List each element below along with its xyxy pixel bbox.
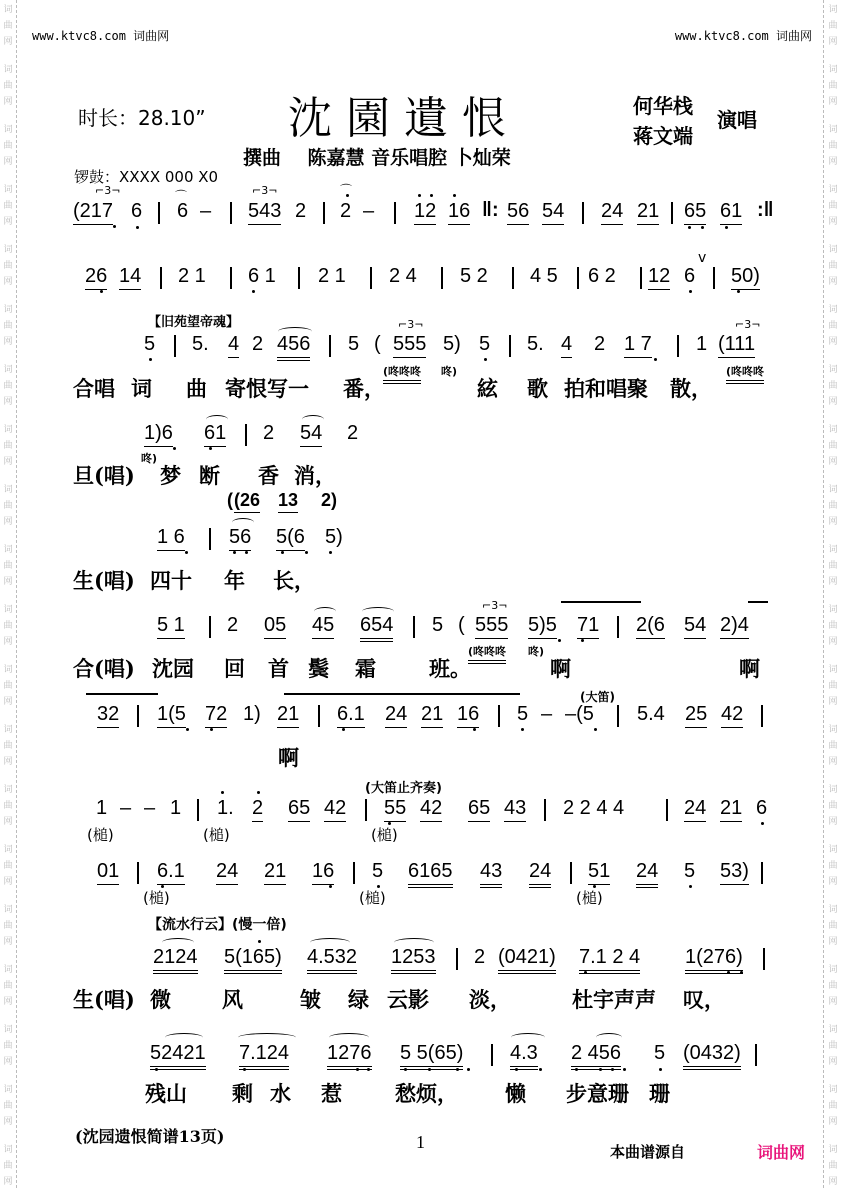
barline bbox=[298, 267, 300, 289]
note-group: 16 bbox=[312, 860, 334, 885]
low-octave-dot bbox=[136, 226, 139, 229]
watermark-glyph: 网 bbox=[1, 278, 15, 287]
watermark-glyph: 曲 bbox=[826, 142, 840, 151]
lyric: 长， bbox=[273, 565, 315, 595]
barline bbox=[763, 948, 765, 970]
barline bbox=[209, 616, 211, 638]
note-pair: 5 2 bbox=[460, 265, 488, 288]
watermark-glyph: 曲 bbox=[826, 1162, 840, 1171]
lyric: 步意珊 bbox=[566, 1078, 629, 1108]
note-group: 4.532 bbox=[307, 946, 357, 974]
low-octave-dot bbox=[329, 551, 332, 554]
watermark-glyph: 曲 bbox=[1, 922, 15, 931]
note-group: 13 bbox=[278, 490, 298, 513]
percussion-syllable: 咚) bbox=[141, 450, 157, 466]
watermark-glyph: 词 bbox=[1, 1146, 15, 1155]
watermark-glyph: 曲 bbox=[1, 802, 15, 811]
barline bbox=[582, 202, 584, 224]
watermark-glyph: 网 bbox=[826, 398, 840, 407]
watermark-glyph: 网 bbox=[1, 518, 15, 527]
barline bbox=[413, 616, 415, 638]
lyric-role: 生(唱) bbox=[73, 565, 135, 595]
note-group: 456 bbox=[277, 333, 310, 361]
watermark-glyph: 曲 bbox=[1, 142, 15, 151]
watermark-glyph: 曲 bbox=[1, 82, 15, 91]
note-group: 5(6 bbox=[276, 526, 305, 551]
watermark-glyph: 曲 bbox=[1, 202, 15, 211]
low-octave-dot bbox=[689, 290, 692, 293]
note-group: 16 bbox=[457, 703, 479, 728]
paren: ( bbox=[374, 333, 381, 356]
note: 1 bbox=[696, 333, 707, 356]
note-group: 42 bbox=[324, 797, 346, 822]
barline bbox=[394, 202, 396, 224]
low-octave-dot bbox=[155, 1068, 158, 1071]
lyric: 絃 bbox=[477, 373, 498, 403]
barline bbox=[329, 335, 331, 357]
lyric: 班。 bbox=[429, 653, 471, 683]
lyric: 风 bbox=[222, 984, 243, 1014]
note: 2) bbox=[321, 490, 337, 511]
note-pair: 5 1 bbox=[157, 614, 185, 639]
lyric-role: 合(唱) bbox=[73, 653, 135, 683]
barline bbox=[677, 335, 679, 357]
barline bbox=[761, 705, 763, 727]
low-octave-dot bbox=[594, 728, 597, 731]
barline bbox=[666, 799, 668, 821]
lyric: 香 bbox=[258, 460, 279, 490]
watermark-glyph: 词 bbox=[826, 126, 840, 135]
barline bbox=[671, 202, 673, 224]
lyric: 番， bbox=[343, 373, 385, 403]
low-octave-dot bbox=[484, 358, 487, 361]
instrument-note: (大笛止齐奏) bbox=[365, 777, 442, 796]
note-group: 56 bbox=[229, 526, 251, 551]
note-group: 51 bbox=[588, 860, 610, 885]
barline bbox=[491, 1044, 493, 1066]
low-octave-dot bbox=[456, 1068, 459, 1071]
watermark-glyph: 曲 bbox=[1, 562, 15, 571]
barline bbox=[370, 267, 372, 289]
note: 5 bbox=[144, 333, 155, 356]
low-octave-dot bbox=[149, 358, 152, 361]
note-group: 16 bbox=[448, 200, 470, 225]
watermark-glyph: 词 bbox=[826, 186, 840, 195]
barline bbox=[160, 267, 162, 289]
note: 4 bbox=[561, 333, 572, 358]
note: 2 bbox=[263, 422, 274, 445]
watermark-glyph: 词 bbox=[826, 486, 840, 495]
note-group: 6165 bbox=[408, 860, 453, 888]
percussion-syllable: (咚咚咚 bbox=[726, 363, 764, 384]
note-group: 24 bbox=[216, 860, 238, 885]
performer-2: 蒋文端 bbox=[633, 120, 693, 149]
watermark-glyph: 词 bbox=[826, 546, 840, 555]
watermark-glyph: 网 bbox=[826, 878, 840, 887]
watermark-glyph: 网 bbox=[826, 1118, 840, 1127]
watermark-glyph: 词 bbox=[826, 1026, 840, 1035]
watermark-glyph: 词 bbox=[1, 366, 15, 375]
lyric: 啊 bbox=[550, 653, 571, 683]
watermark-glyph: 网 bbox=[1, 398, 15, 407]
watermark-glyph: 网 bbox=[1, 38, 15, 47]
note-pair: 2 1 bbox=[178, 265, 206, 288]
note: 5 bbox=[684, 860, 695, 883]
low-octave-dot bbox=[209, 447, 212, 450]
watermark-glyph: 词 bbox=[1, 186, 15, 195]
low-octave-dot bbox=[584, 971, 587, 974]
watermark-glyph: 网 bbox=[1, 458, 15, 467]
watermark-glyph: 网 bbox=[1, 1178, 15, 1187]
percussion-mark: (槌) bbox=[576, 887, 603, 908]
note: 1. bbox=[217, 797, 234, 820]
low-octave-dot bbox=[356, 1068, 359, 1071]
high-octave-dot bbox=[346, 194, 349, 197]
low-octave-dot bbox=[725, 226, 728, 229]
low-octave-dot bbox=[737, 290, 740, 293]
barline bbox=[640, 267, 642, 289]
lyric-role: 旦(唱) bbox=[73, 460, 135, 490]
note: 1 bbox=[170, 797, 181, 820]
lyric: 曲 bbox=[186, 373, 207, 403]
page-number: 1 bbox=[416, 1132, 425, 1153]
watermark-glyph: 曲 bbox=[826, 622, 840, 631]
lyric: 微 bbox=[150, 984, 171, 1014]
triplet-mark: ⌐3¬ bbox=[398, 318, 423, 331]
low-octave-dot bbox=[342, 728, 345, 731]
source-brand-link[interactable]: 词曲网 bbox=[757, 1140, 805, 1163]
watermark-glyph: 网 bbox=[826, 758, 840, 767]
watermark-glyph: 网 bbox=[1, 878, 15, 887]
watermark-glyph: 网 bbox=[826, 998, 840, 1007]
note-group: 1(276) bbox=[685, 946, 743, 974]
watermark-glyph: 网 bbox=[826, 518, 840, 527]
lyric: 首 bbox=[268, 653, 289, 683]
note-group: 53) bbox=[720, 860, 749, 885]
repeat-start: ‖: bbox=[482, 199, 499, 222]
instrumental-paren: ( bbox=[227, 490, 233, 511]
note-group: 654 bbox=[360, 614, 393, 642]
lyric: 四十 bbox=[150, 565, 192, 595]
watermark-glyph: 曲 bbox=[826, 742, 840, 751]
lyric: 鬓 bbox=[308, 653, 329, 683]
note-group: 42 bbox=[721, 703, 743, 728]
note-group: 1 7 bbox=[624, 333, 652, 358]
watermark-glyph: 词 bbox=[1, 426, 15, 435]
lyric: 绿 bbox=[348, 984, 369, 1014]
watermark-glyph: 词 bbox=[826, 786, 840, 795]
barline bbox=[245, 424, 247, 446]
lyric: 歌 bbox=[527, 373, 548, 403]
watermark-glyph: 网 bbox=[1, 938, 15, 947]
percussion-mark: (槌) bbox=[143, 887, 170, 908]
note-group: 1(5 bbox=[157, 703, 186, 728]
note-pair: 2 1 bbox=[318, 265, 346, 288]
watermark-glyph: 网 bbox=[1, 998, 15, 1007]
low-octave-dot bbox=[654, 358, 657, 361]
note-group: 65 bbox=[468, 797, 490, 822]
watermark-glyph: 曲 bbox=[826, 802, 840, 811]
watermark-glyph: 网 bbox=[826, 218, 840, 227]
watermark-glyph: 词 bbox=[1, 546, 15, 555]
barline bbox=[498, 705, 500, 727]
watermark-glyph: 词 bbox=[826, 966, 840, 975]
percussion-syllable: (咚咚咚 bbox=[468, 643, 506, 664]
barline bbox=[209, 528, 211, 550]
slur-mark bbox=[329, 1033, 369, 1042]
watermark-glyph: 曲 bbox=[1, 382, 15, 391]
low-octave-dot bbox=[252, 290, 255, 293]
note-group: 21 bbox=[264, 860, 286, 885]
composer-credits: 撰曲 陈嘉慧 音乐唱腔 卜灿荣 bbox=[243, 143, 511, 170]
page-note: (沈园遗恨简谱13页) bbox=[75, 1124, 224, 1147]
low-octave-dot bbox=[113, 225, 116, 228]
low-octave-dot bbox=[581, 639, 584, 642]
low-octave-dot bbox=[659, 1068, 662, 1071]
note: 5 bbox=[654, 1042, 665, 1065]
percussion-syllable: (咚咚咚 bbox=[383, 363, 421, 384]
triplet-mark: ⌐3¬ bbox=[252, 184, 277, 197]
note-group: 5 5(65) bbox=[400, 1042, 463, 1070]
dash: – bbox=[200, 200, 211, 223]
barline bbox=[509, 335, 511, 357]
watermark-glyph: 曲 bbox=[1, 1042, 15, 1051]
source-label: 本曲谱源自 bbox=[610, 1141, 685, 1162]
watermark-glyph: 曲 bbox=[1, 622, 15, 631]
watermark-glyph: 曲 bbox=[1, 262, 15, 271]
low-octave-dot bbox=[521, 728, 524, 731]
note: 4 bbox=[228, 333, 239, 358]
lyric: 懒 bbox=[505, 1078, 526, 1108]
note-group: 14 bbox=[119, 265, 141, 290]
watermark-glyph: 词 bbox=[1, 606, 15, 615]
note-group: 2(6 bbox=[636, 614, 665, 639]
barline bbox=[544, 799, 546, 821]
section-label: 【流水行云】(慢一倍) bbox=[148, 914, 287, 934]
barline bbox=[570, 862, 572, 884]
barline bbox=[353, 862, 355, 884]
low-octave-dot bbox=[689, 885, 692, 888]
note-pair: 4 5 bbox=[530, 265, 558, 288]
low-octave-dot bbox=[233, 551, 236, 554]
barline bbox=[323, 202, 325, 224]
note-group: 42 bbox=[420, 797, 442, 822]
note-group: 5)5 bbox=[528, 614, 557, 639]
left-margin bbox=[0, 0, 17, 1188]
lyric: 断 bbox=[199, 460, 220, 490]
note-group: 65 bbox=[288, 797, 310, 822]
barline bbox=[318, 705, 320, 727]
barline bbox=[365, 799, 367, 821]
note-group: 24 bbox=[601, 200, 623, 225]
lyric: 消， bbox=[294, 460, 336, 490]
note-group: 55 bbox=[384, 797, 406, 822]
low-octave-dot bbox=[740, 971, 743, 974]
watermark-glyph: 词 bbox=[1, 6, 15, 15]
watermark-glyph: 词 bbox=[1, 126, 15, 135]
lyric: 寄恨写一 bbox=[225, 373, 309, 403]
note-group: 05 bbox=[264, 614, 286, 639]
note-group: 54 bbox=[300, 422, 322, 447]
watermark-glyph: 网 bbox=[826, 578, 840, 587]
watermark-glyph: 词 bbox=[1, 786, 15, 795]
watermark-glyph: 曲 bbox=[1, 322, 15, 331]
watermark-glyph: 曲 bbox=[1, 22, 15, 31]
dash: – bbox=[363, 200, 374, 223]
percussion-mark: (槌) bbox=[203, 824, 230, 845]
note-pair: 2 4 bbox=[389, 265, 417, 288]
lyric: 淡， bbox=[469, 984, 511, 1014]
note-group: 12 bbox=[648, 265, 670, 290]
high-octave-dot bbox=[257, 791, 260, 794]
dash: – bbox=[120, 797, 131, 820]
low-octave-dot bbox=[186, 728, 189, 731]
watermark-glyph: 网 bbox=[826, 38, 840, 47]
breath-mark-icon: v bbox=[698, 250, 706, 266]
barline bbox=[577, 267, 579, 289]
high-octave-dot bbox=[430, 194, 433, 197]
slur-mark bbox=[165, 1033, 203, 1042]
watermark-glyph: 网 bbox=[826, 938, 840, 947]
watermark-glyph: 网 bbox=[1, 158, 15, 167]
lyric: 水 bbox=[270, 1078, 291, 1108]
low-octave-dot bbox=[515, 1068, 518, 1071]
note: 2 bbox=[340, 200, 351, 223]
note-group: 61 bbox=[720, 200, 742, 225]
note-group: 45 bbox=[312, 614, 334, 639]
watermark-glyph: 曲 bbox=[826, 22, 840, 31]
low-octave-dot bbox=[210, 728, 213, 731]
low-octave-dot bbox=[173, 447, 176, 450]
note-group: (0432) bbox=[683, 1042, 741, 1070]
note: 2 bbox=[227, 614, 238, 637]
watermark-glyph: 网 bbox=[826, 698, 840, 707]
note-group: 56 bbox=[507, 200, 529, 225]
lyric: 梦 bbox=[160, 460, 181, 490]
watermark-glyph: 网 bbox=[826, 458, 840, 467]
lyric: 啊 bbox=[739, 653, 760, 683]
low-octave-dot bbox=[467, 1068, 470, 1071]
watermark-glyph: 词 bbox=[1, 906, 15, 915]
note-group: 21 bbox=[720, 797, 742, 822]
note-group: 54 bbox=[684, 614, 706, 639]
barline bbox=[755, 1044, 757, 1066]
note-group: 2124 bbox=[153, 946, 198, 974]
watermark-glyph: 曲 bbox=[826, 442, 840, 451]
note-group: 65 bbox=[684, 200, 706, 225]
lyric: 啊 bbox=[278, 742, 299, 772]
note: 2 bbox=[252, 797, 263, 822]
note-group: 555 bbox=[393, 333, 426, 358]
barline bbox=[713, 267, 715, 289]
note-group: 6.1 bbox=[337, 703, 365, 728]
watermark-glyph: 网 bbox=[826, 638, 840, 647]
high-octave-dot bbox=[418, 194, 421, 197]
note-group: (111 bbox=[718, 333, 755, 358]
watermark-glyph: 词 bbox=[1, 846, 15, 855]
barline bbox=[158, 202, 160, 224]
lyric: 惹 bbox=[321, 1078, 342, 1108]
note: 5 bbox=[479, 333, 490, 356]
watermark-glyph: 曲 bbox=[1, 442, 15, 451]
watermark-glyph: 曲 bbox=[826, 1042, 840, 1051]
note-group: 24 bbox=[684, 797, 706, 822]
right-margin bbox=[823, 0, 842, 1188]
percussion-mark: (槌) bbox=[359, 887, 386, 908]
lyric: 云影 bbox=[387, 984, 429, 1014]
watermark-glyph: 曲 bbox=[826, 1102, 840, 1111]
watermark-glyph: 词 bbox=[1, 306, 15, 315]
watermark-glyph: 曲 bbox=[826, 322, 840, 331]
lyric: 拍和唱聚 bbox=[564, 373, 648, 403]
note-group: 01 bbox=[97, 860, 119, 885]
note-group: 26 bbox=[85, 265, 107, 290]
note: 5. bbox=[192, 333, 209, 356]
duration-label: 时长：28.10” bbox=[78, 102, 206, 131]
note-group: (0421) bbox=[498, 946, 556, 974]
note: 5.4 bbox=[637, 703, 665, 726]
lyric: 珊 bbox=[649, 1078, 670, 1108]
note-group: 43 bbox=[480, 860, 502, 888]
note: 5 bbox=[432, 614, 443, 637]
percussion-mark: (槌) bbox=[87, 824, 114, 845]
note-group: 555 bbox=[475, 614, 508, 639]
barline bbox=[230, 267, 232, 289]
watermark-glyph: 词 bbox=[826, 906, 840, 915]
watermark-glyph: 网 bbox=[826, 1058, 840, 1067]
watermark-glyph: 曲 bbox=[1, 682, 15, 691]
barline bbox=[230, 202, 232, 224]
note-group: 52421 bbox=[150, 1042, 206, 1070]
note-pair: 1 6 bbox=[157, 526, 185, 551]
barline bbox=[761, 862, 763, 884]
watermark-glyph: 词 bbox=[826, 606, 840, 615]
watermark-glyph: 词 bbox=[826, 1146, 840, 1155]
triplet-mark: ⌐3¬ bbox=[735, 318, 760, 331]
high-octave-dot bbox=[453, 194, 456, 197]
note: –(5 bbox=[565, 703, 594, 726]
site-url-right[interactable]: www.ktvc8.com 词曲网 bbox=[675, 27, 812, 44]
watermark-glyph: 网 bbox=[1, 1058, 15, 1067]
barline bbox=[441, 267, 443, 289]
song-title: 沈園遺恨 bbox=[288, 82, 520, 146]
watermark-glyph: 网 bbox=[826, 1178, 840, 1187]
lyric: 回 bbox=[224, 653, 245, 683]
low-octave-dot bbox=[599, 1068, 602, 1071]
barline bbox=[197, 799, 199, 821]
note-group: 21 bbox=[637, 200, 659, 225]
low-octave-dot bbox=[701, 226, 704, 229]
watermark-glyph: 曲 bbox=[826, 382, 840, 391]
lyric: 词 bbox=[131, 373, 152, 403]
lyric: 愁烦， bbox=[395, 1078, 458, 1108]
watermark-glyph: 词 bbox=[826, 66, 840, 75]
watermark-glyph: 网 bbox=[1, 338, 15, 347]
note-group: 24 bbox=[636, 860, 658, 888]
low-octave-dot bbox=[688, 226, 691, 229]
site-url-left[interactable]: www.ktvc8.com 词曲网 bbox=[32, 27, 169, 44]
phrase-slur bbox=[284, 693, 520, 695]
watermark-glyph: 词 bbox=[1, 1086, 15, 1095]
watermark-glyph: 曲 bbox=[826, 82, 840, 91]
watermark-glyph: 曲 bbox=[826, 922, 840, 931]
watermark-glyph: 曲 bbox=[826, 982, 840, 991]
note-group: 1276 bbox=[327, 1042, 372, 1070]
watermark-glyph: 曲 bbox=[1, 1102, 15, 1111]
phrase-slur bbox=[561, 601, 641, 603]
watermark-glyph: 网 bbox=[1, 1118, 15, 1127]
note-pair: 6 2 bbox=[588, 265, 616, 288]
